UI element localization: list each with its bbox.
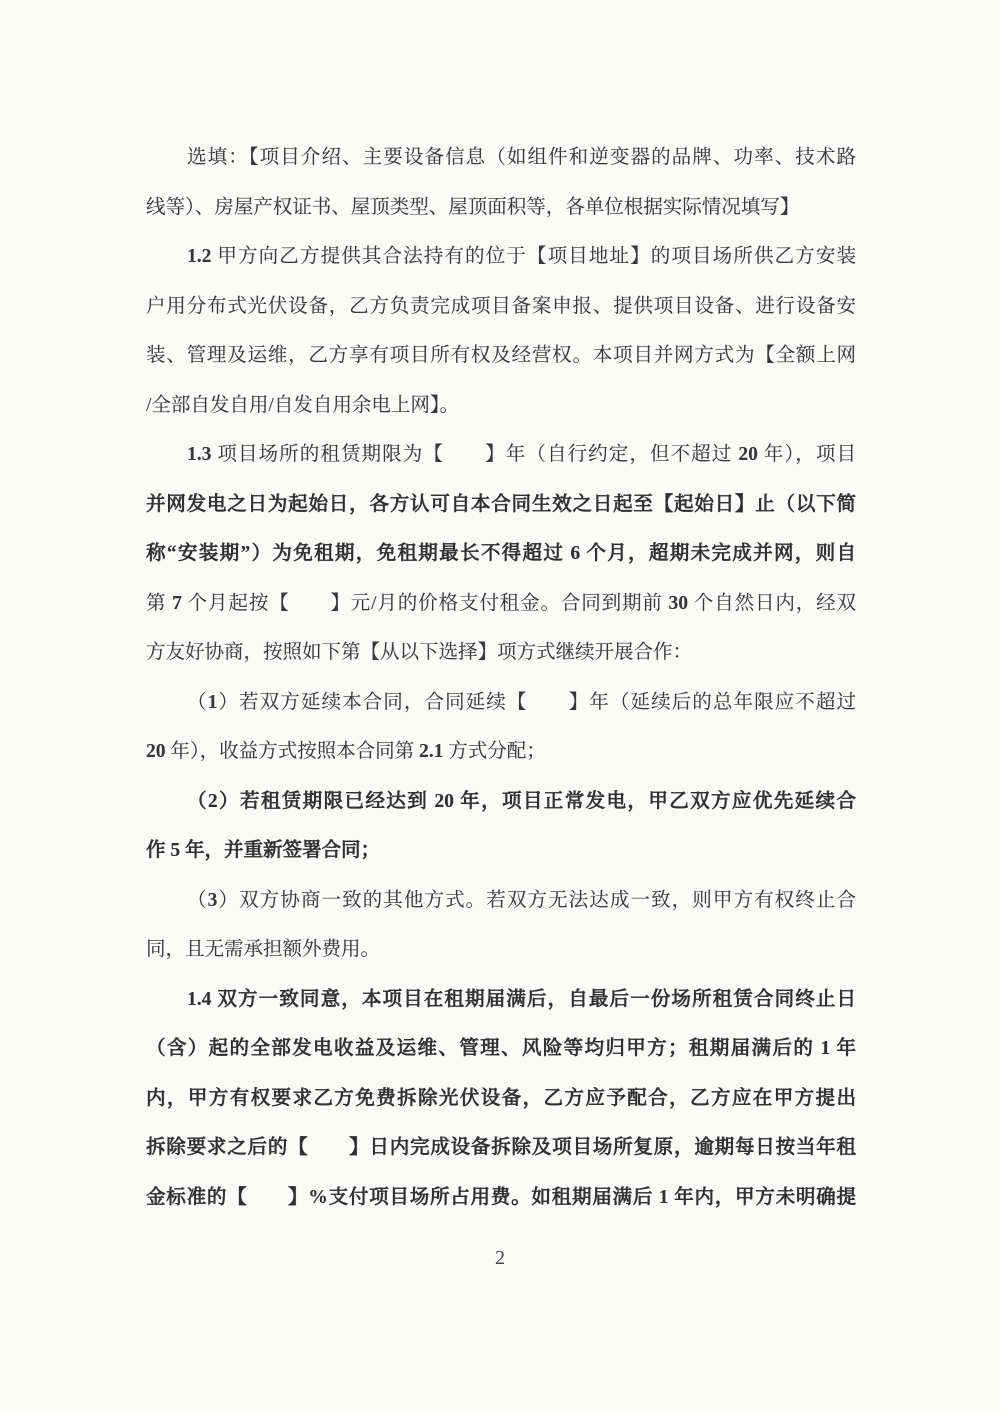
text-line: 第 7 个月起按【 】元/月的价格支付租金。合同到期前 30 个自然日内，经双 <box>146 579 856 629</box>
text-line: 1.3 项目场所的租赁期限为【 】年（自行约定，但不超过 20 年），项目 <box>146 430 856 480</box>
text-line: 装、管理及运维，乙方享有项目所有权及经营权。本项目并网方式为【全额上网 <box>146 331 856 381</box>
text-line: 户用分布式光伏设备，乙方负责完成项目备案申报、提供项目设备、进行设备安 <box>146 282 856 332</box>
text-line: 金标准的【 】%支付项目场所占用费。如租期届满后 1 年内，甲方未明确提 <box>146 1173 856 1223</box>
paragraph-lines: 选填：【项目介绍、主要设备信息（如组件和逆变器的品牌、功率、技术路线等）、房屋产… <box>146 133 856 1222</box>
text-line: 方友好协商，按照如下第【从以下选择】项方式继续开展合作： <box>146 628 856 678</box>
text-line: （含）起的全部发电收益及运维、管理、风险等均归甲方；租期届满后的 1 年 <box>146 1024 856 1074</box>
page-number: 2 <box>0 1243 1000 1273</box>
text-line: 作 5 年，并重新签署合同； <box>146 826 856 876</box>
text-line: /全部自发自用/自发自用余电上网】。 <box>146 381 856 431</box>
text-line: 拆除要求之后的【 】日内完成设备拆除及项目场所复原，逾期每日按当年租 <box>146 1123 856 1173</box>
text-line: 1.2 甲方向乙方提供其合法持有的位于【项目地址】的项目场所供乙方安装 <box>146 232 856 282</box>
text-line: 1.4 双方一致同意，本项目在租期届满后，自最后一份场所租赁合同终止日 <box>146 975 856 1025</box>
text-line: 内，甲方有权要求乙方免费拆除光伏设备，乙方应予配合，乙方应在甲方提出 <box>146 1074 856 1124</box>
text-line: 称“安装期”）为免租期，免租期最长不得超过 6 个月，超期未完成并网，则自 <box>146 529 856 579</box>
text-line: 同，且无需承担额外费用。 <box>146 925 856 975</box>
text-line: （3）双方协商一致的其他方式。若双方无法达成一致，则甲方有权终止合 <box>146 876 856 926</box>
text-line: （2）若租赁期限已经达到 20 年，项目正常发电，甲乙双方应优先延续合 <box>146 777 856 827</box>
text-line: 线等）、房屋产权证书、屋顶类型、屋顶面积等，各单位根据实际情况填写】 <box>146 183 856 233</box>
text-line: 20 年），收益方式按照本合同第 2.1 方式分配； <box>146 727 856 777</box>
contract-text-block: 选填：【项目介绍、主要设备信息（如组件和逆变器的品牌、功率、技术路线等）、房屋产… <box>146 133 856 1222</box>
text-line: （1）若双方延续本合同，合同延续【 】年（延续后的总年限应不超过 <box>146 678 856 728</box>
text-line: 选填：【项目介绍、主要设备信息（如组件和逆变器的品牌、功率、技术路 <box>146 133 856 183</box>
contract-document-page: 选填：【项目介绍、主要设备信息（如组件和逆变器的品牌、功率、技术路线等）、房屋产… <box>0 0 1000 1414</box>
text-line: 并网发电之日为起始日，各方认可自本合同生效之日起至【起始日】止（以下简 <box>146 480 856 530</box>
